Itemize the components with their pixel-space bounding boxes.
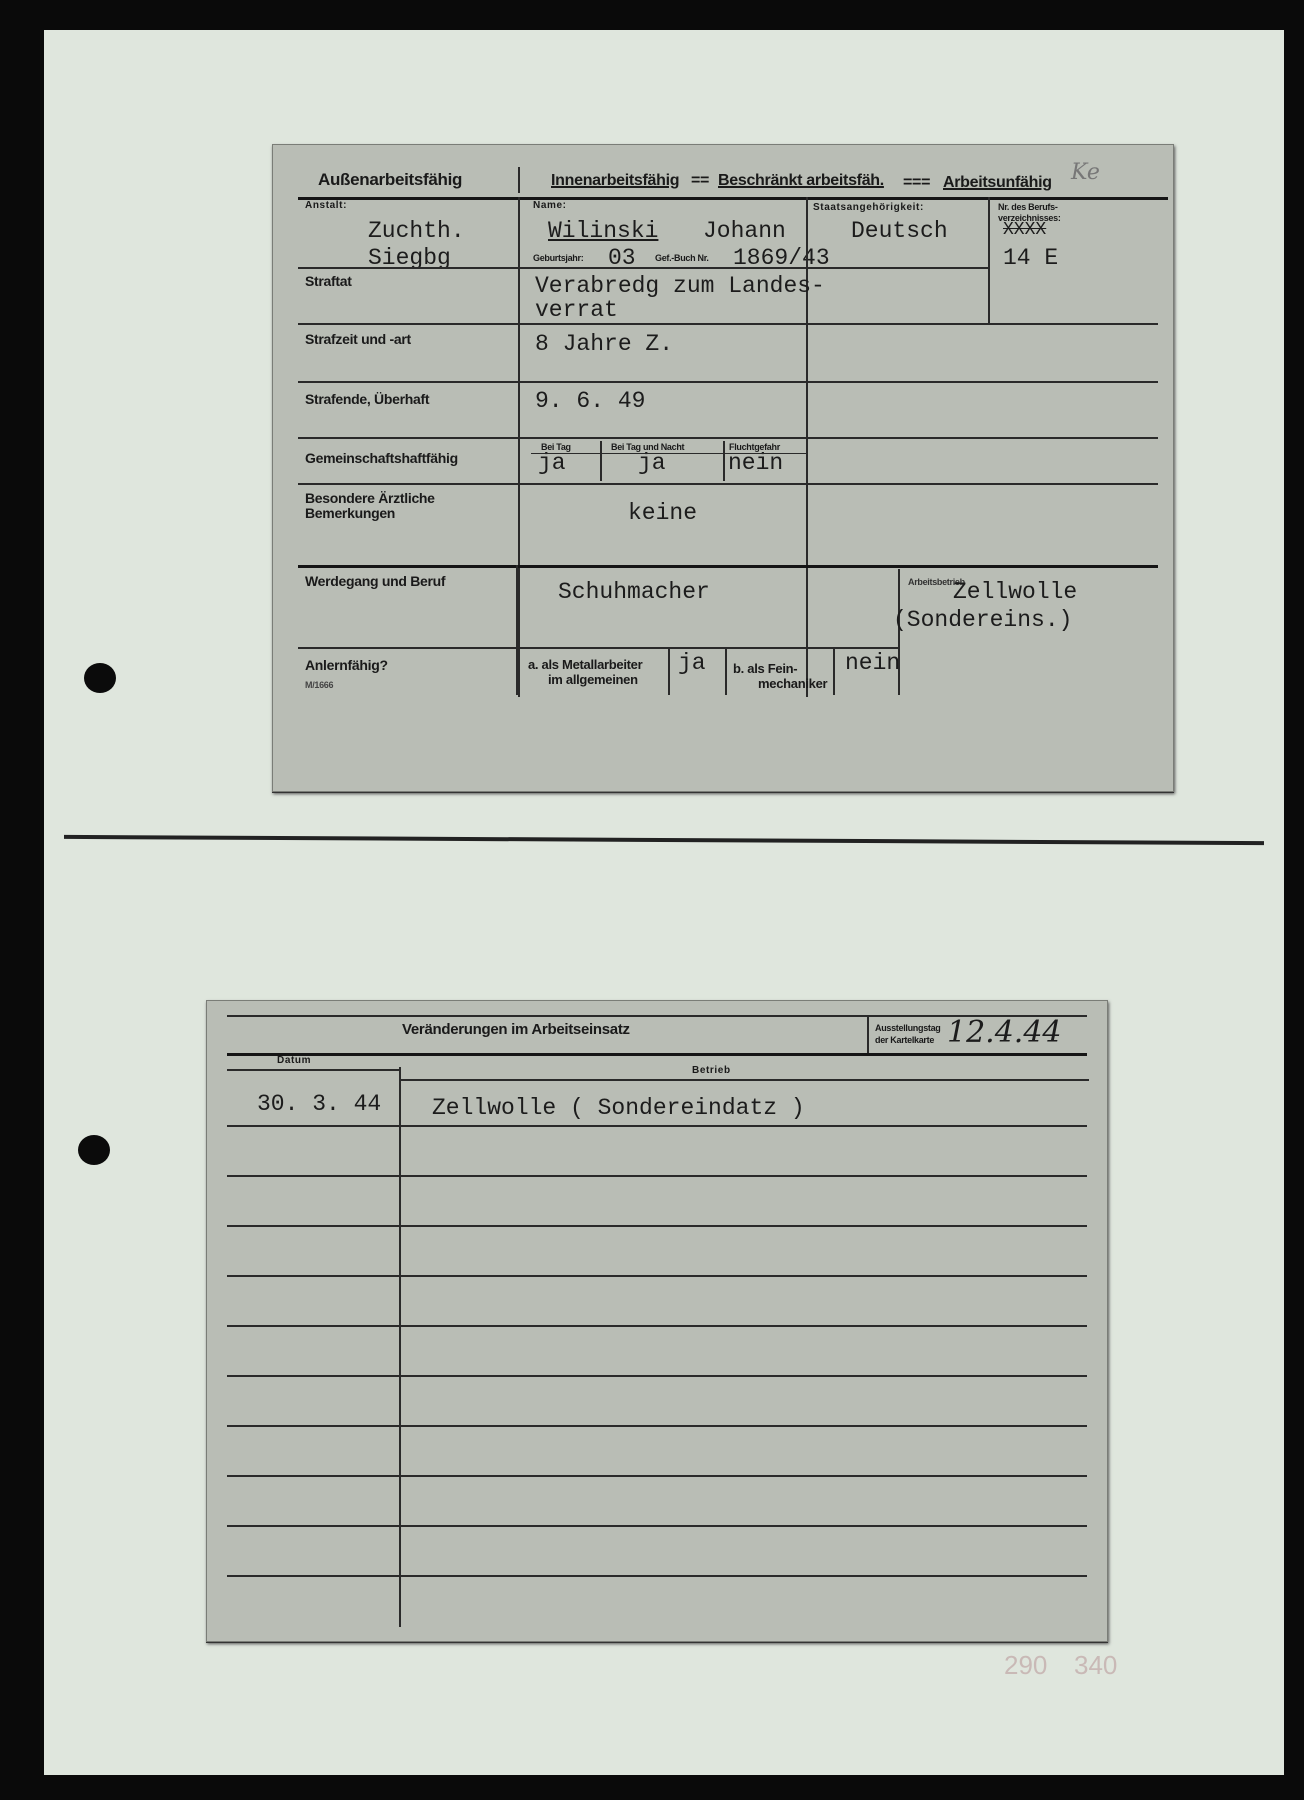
table-row-line [227,1525,1087,1527]
divider [399,1067,401,1627]
divider [988,323,1158,325]
metallarbeiter-label: a. als Metallarbeiter [528,657,642,672]
divider [399,1079,1089,1081]
handwritten-mark: Ke [1071,160,1100,185]
table-row-line [227,1475,1087,1477]
berufsnr-value: 14 E [1003,245,1058,271]
berufsnr-label: Nr. des Berufs- [998,202,1058,212]
feinmechaniker-value: nein [845,650,900,676]
table-row-line [227,1425,1087,1427]
metallarbeiter-value: ja [678,650,706,676]
table-row-line [227,1225,1087,1227]
divider [298,197,1168,200]
divider [518,197,520,697]
strafende-value: 9. 6. 49 [535,388,645,414]
berufsnr-struck: XXXX [1003,220,1046,240]
ausstellung-label: Ausstellungstag [875,1023,941,1033]
straftat-line2: verrat [535,297,618,323]
divider [867,1015,869,1055]
aerztlich-label: Besondere Ärztliche [305,490,435,506]
anstalt-label: Anstalt: [305,200,347,211]
divider [725,647,727,695]
anlern-label: Anlernfähig? [305,657,388,673]
header-arbeitsunfaehig: Arbeitsunfähig [943,174,1052,192]
divider [833,647,835,695]
column-header-datum: Datum [277,1055,311,1066]
card-separator-line [64,835,1264,845]
ausstellung-label: der Kartelkarte [875,1035,934,1045]
divider [298,267,988,269]
punch-hole [84,663,116,693]
arbeitsbetrieb-line1: Zellwolle [953,579,1077,605]
strafzeit-label: Strafzeit und -art [305,331,411,347]
divider [988,197,990,325]
name-label: Name: [533,200,567,211]
gemeinschaft-label: Gemeinschaftshaftfähig [305,450,458,466]
form-number: M/1666 [305,680,333,690]
divider [806,197,808,697]
straftat-label: Straftat [305,273,352,289]
card-title: Veränderungen im Arbeitseinsatz [402,1021,630,1038]
straftat-line1: Verabredg zum Landes- [535,273,825,299]
divider [298,437,1158,439]
prisoner-work-card: Außenarbeitsfähig Innenarbeitsfähig == B… [272,144,1174,792]
strafende-label: Strafende, Überhaft [305,391,429,407]
ausstellung-date: 12.4.44 [947,1015,1062,1050]
divider [298,483,1158,485]
feinmechaniker-label: b. als Fein- [733,661,797,676]
row-betrieb: Zellwolle ( Sondereindatz ) [432,1095,805,1121]
work-assignment-changes-card: Veränderungen im Arbeitseinsatz Ausstell… [206,1000,1108,1642]
arbeitsbetrieb-line2: (Sondereins.) [893,607,1072,633]
werdegang-value: Schuhmacher [558,579,710,605]
werdegang-label: Werdegang und Beruf [305,573,445,589]
anstalt-line1: Zuchth. [368,218,465,244]
metallarbeiter-label: im allgemeinen [548,672,638,687]
strafzeit-value: 8 Jahre Z. [535,331,673,357]
table-row-line [227,1175,1087,1177]
aerztlich-value: keine [628,500,697,526]
header-separator: == [691,172,709,190]
page-number-left: 290 [1004,1650,1047,1681]
staatsangehoerigkeit-label: Staatsangehörigkeit: [813,202,924,213]
punch-hole [78,1135,110,1165]
divider [298,323,988,325]
surname-value: Wilinski [548,218,658,244]
divider [298,381,1158,383]
divider [723,441,725,481]
feinmechaniker-label: mechaniker [758,676,827,691]
table-row-line [227,1275,1087,1277]
header-aussenarbeitsfaehig: Außenarbeitsfähig [318,170,462,190]
divider [516,565,518,695]
divider [227,1053,1087,1056]
firstname-value: Johann [703,218,786,244]
geburtsjahr-label: Geburtsjahr: [533,253,583,263]
divider [298,647,898,649]
archive-page: Außenarbeitsfähig Innenarbeitsfähig == B… [44,30,1284,1775]
header-innenarbeitsfaehig: Innenarbeitsfähig [551,172,679,190]
table-row-line [227,1325,1087,1327]
divider [668,647,670,695]
header-beschraenkt: Beschränkt arbeitsfäh. [718,172,884,190]
page-number-right: 340 [1074,1650,1117,1681]
divider [227,1069,399,1071]
divider [298,565,1158,568]
column-header-betrieb: Betrieb [692,1065,731,1076]
staatsangehoerigkeit-value: Deutsch [851,218,948,244]
table-row-line [227,1375,1087,1377]
divider [531,453,806,454]
row-datum: 30. 3. 44 [257,1091,381,1117]
divider [518,167,520,193]
aerztlich-label: Bemerkungen [305,505,395,521]
table-row-line [227,1125,1087,1127]
divider [600,441,602,481]
gefbuch-label: Gef.-Buch Nr. [655,253,709,263]
table-row-line [227,1575,1087,1577]
header-separator: === [903,174,930,192]
